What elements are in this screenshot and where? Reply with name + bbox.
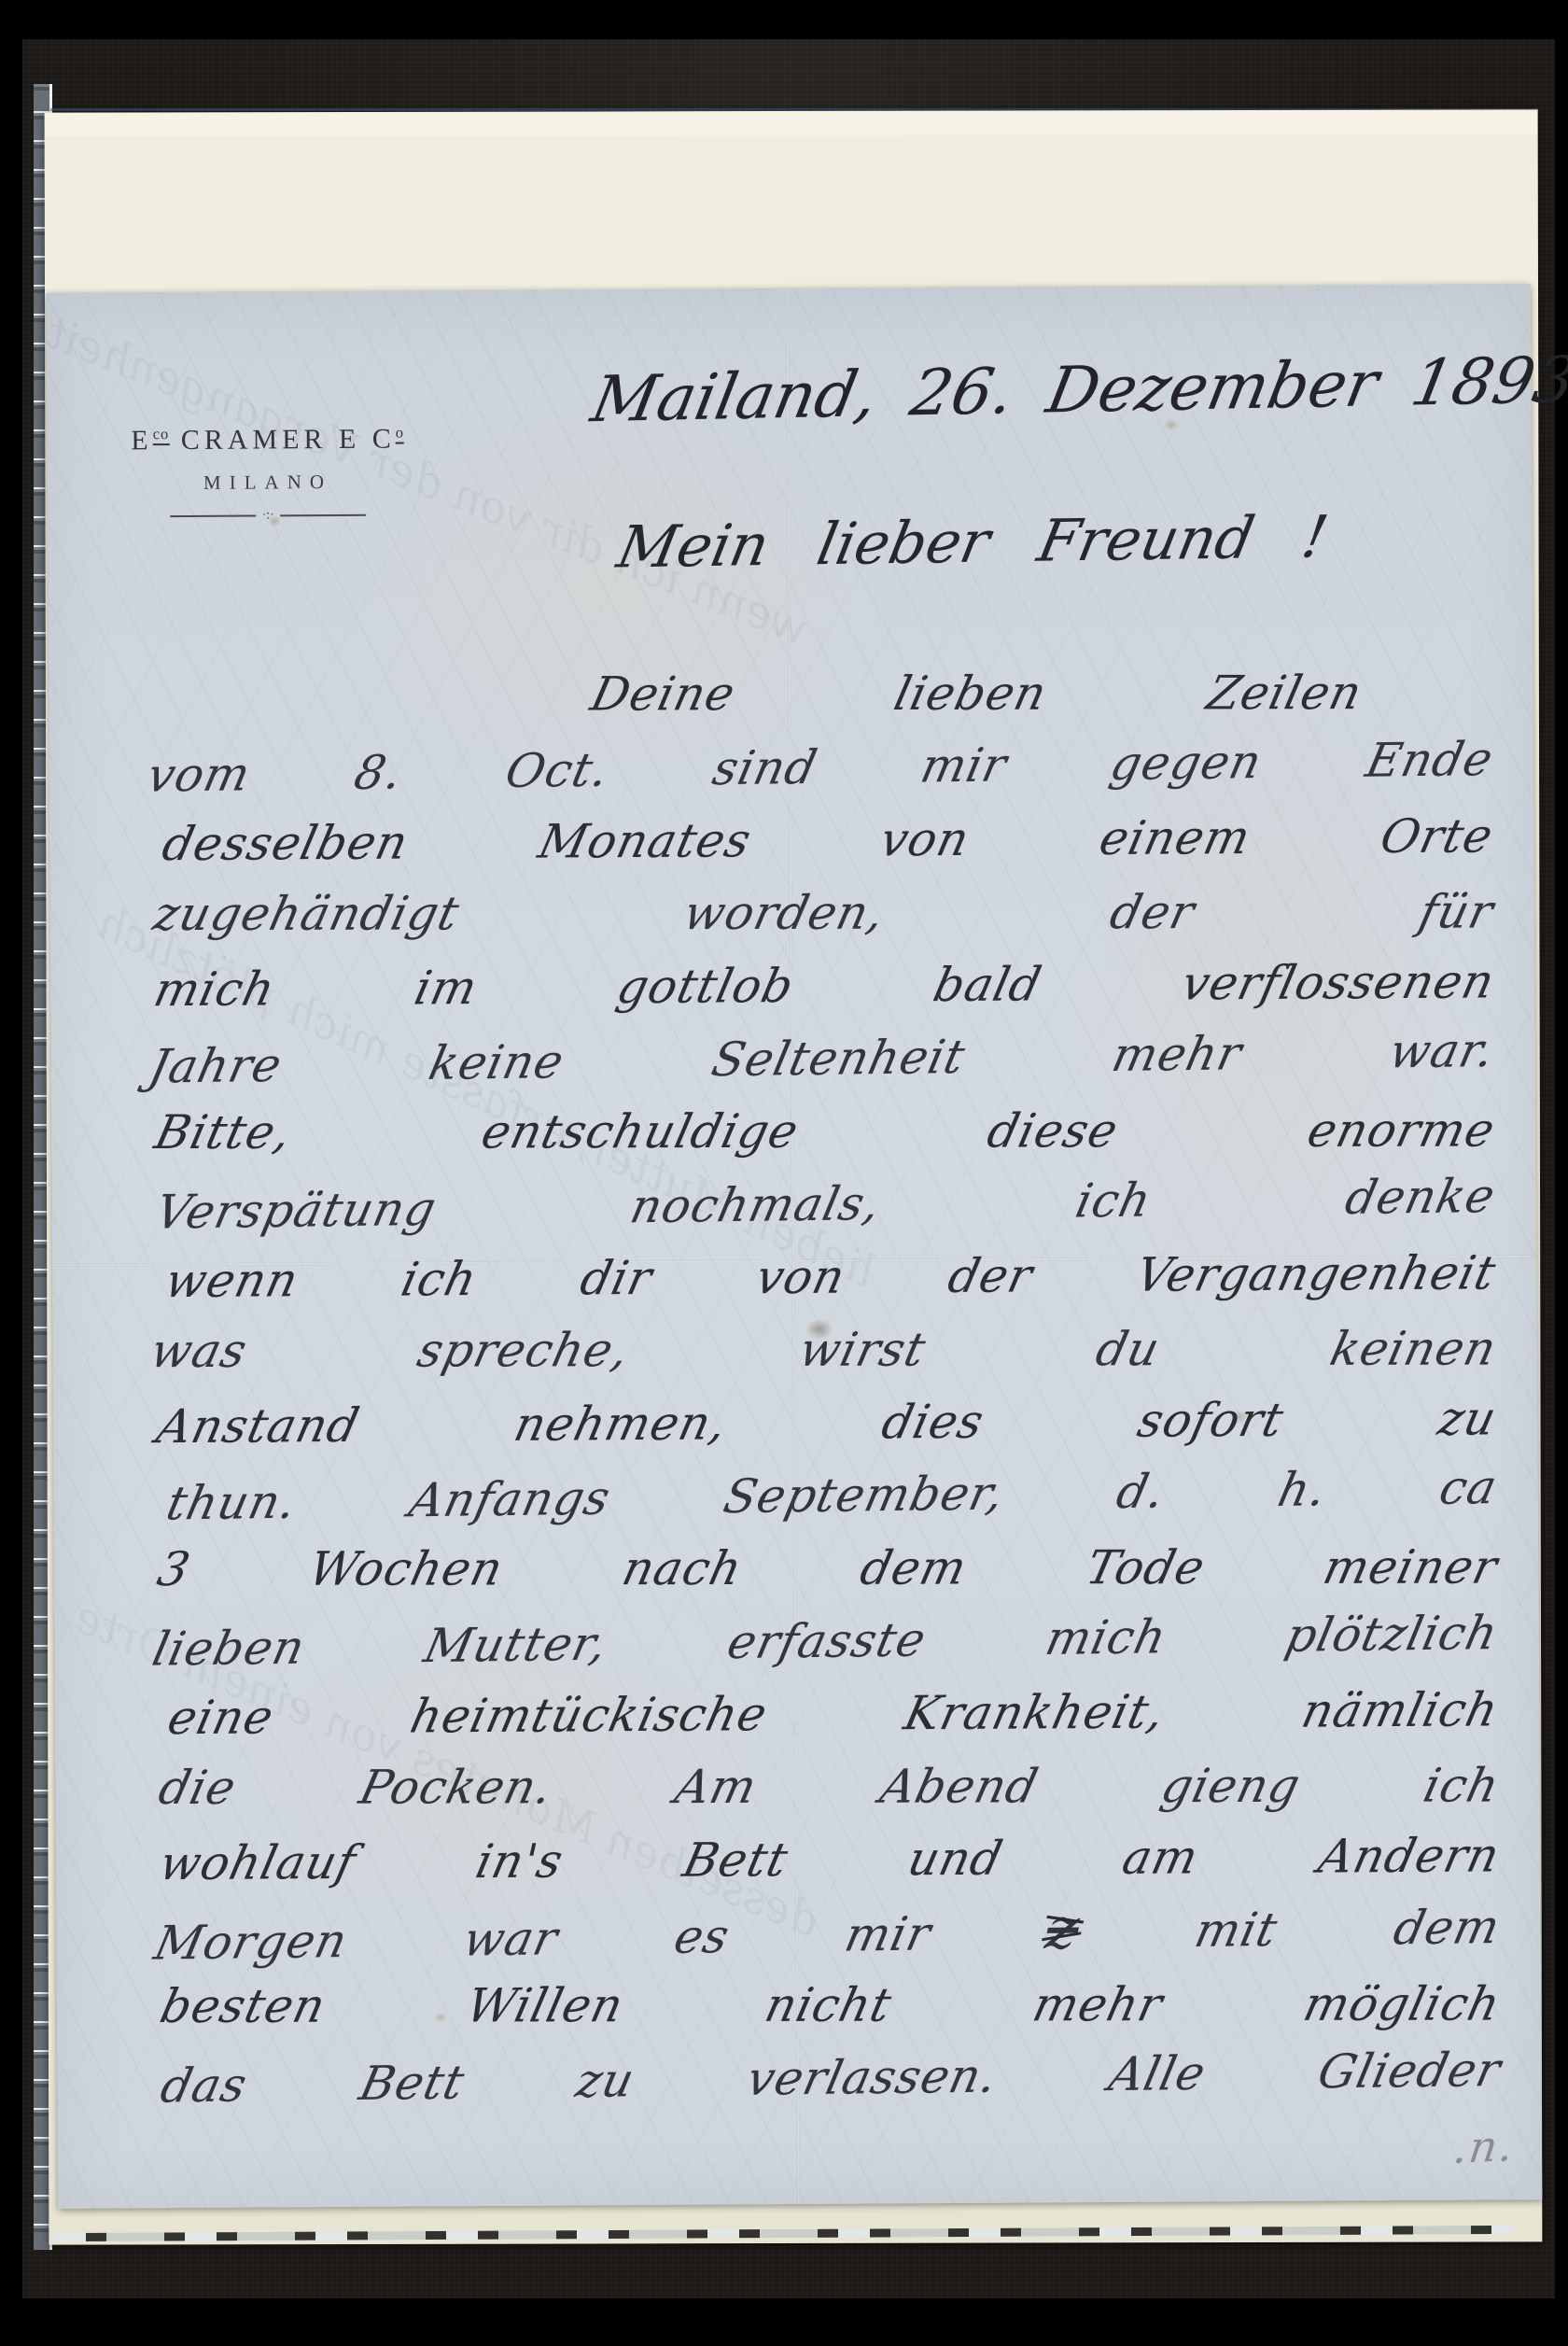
handwritten-word: Vergangenheit xyxy=(1129,1236,1504,1311)
handwritten-word: erfasste xyxy=(721,1603,933,1679)
handwritten-word: thun. xyxy=(160,1466,304,1540)
handwritten-word: war xyxy=(456,1902,566,1975)
letter-body-line: eineheimtückischeKrankheit,nämlich xyxy=(169,1673,1498,1754)
letterhead-rule: ·:· xyxy=(109,513,427,517)
handwritten-word: wenn xyxy=(158,1243,305,1317)
handwritten-word: Zeilen xyxy=(1199,656,1369,729)
handwritten-word: die xyxy=(152,1751,244,1824)
handwritten-word: dir xyxy=(574,1242,660,1315)
letter-body: DeineliebenZeilenvom8.Oct.sindmirgegenEn… xyxy=(153,653,1501,2118)
handwritten-word: nochmals, xyxy=(623,1167,888,1243)
handwritten-word: Jahre xyxy=(142,1029,289,1103)
handwritten-word: mehr xyxy=(1026,1968,1170,2041)
letter-body-line: 3WochennachdemTodemeiner xyxy=(159,1531,1497,1607)
letter-body-line: wohlaufin'sBettundamAndern xyxy=(161,1819,1499,1900)
handwritten-word: du xyxy=(1089,1313,1168,1385)
handwritten-word: der xyxy=(942,1239,1041,1313)
handwritten-word: mir xyxy=(914,728,1014,802)
handwritten-word: keine xyxy=(423,1025,572,1100)
handwritten-word: September, xyxy=(717,1456,1012,1533)
letter-paper: wenn ich dir von der Vergangenheit liebe… xyxy=(47,284,1543,2209)
handwritten-word: mich xyxy=(147,952,283,1026)
letter-body-line: desselbenMonatesvoneinemOrte xyxy=(163,799,1492,880)
handwritten-word: mir xyxy=(838,1897,938,1971)
handwritten-word: Wochen xyxy=(301,1532,511,1605)
handwritten-word: der xyxy=(1103,876,1202,948)
handwritten-word: Abend xyxy=(874,1749,1046,1822)
handwritten-word: h. xyxy=(1271,1453,1334,1526)
handwritten-word: heimtückische xyxy=(403,1678,775,1752)
photo-of-letter: wenn ich dir von der Vergangenheit liebe… xyxy=(0,0,1568,2346)
handwritten-word: Monates xyxy=(531,804,758,878)
letter-body-line: Bitte,entschuldigedieseenorme xyxy=(156,1094,1494,1170)
handwritten-word: 8. xyxy=(347,736,410,809)
rule-bar xyxy=(280,514,366,517)
letter-body-line: zugehändigtworden,derfür xyxy=(155,876,1493,951)
handwritten-word: diese xyxy=(981,1094,1127,1167)
letter-body-line: DeineliebenZeilen xyxy=(592,656,1361,730)
handwritten-word: Ende xyxy=(1359,723,1500,797)
letter-body-line: Anstandnehmen,diessofortzu xyxy=(158,1382,1496,1463)
letter-body-line: Verspätungnochmals,ichdenke xyxy=(156,1159,1495,1249)
letter-body-line: wennichdirvonderVergangenheit xyxy=(166,1236,1495,1317)
handwritten-word: lieben xyxy=(888,657,1055,730)
handwritten-word: Willen xyxy=(459,1969,631,2042)
handwritten-word: von xyxy=(874,803,977,877)
handwritten-word: nämlich xyxy=(1295,1673,1506,1747)
handwritten-word: 3 xyxy=(150,1533,198,1606)
handwritten-word: dem xyxy=(853,1532,974,1605)
letter-body-line: diePocken.AmAbendgiengich xyxy=(160,1749,1498,1825)
handwritten-word: Pocken. xyxy=(352,1750,560,1823)
handwritten-word: mehr xyxy=(1105,1017,1249,1091)
handwritten-word: denke xyxy=(1338,1159,1503,1234)
handwritten-word: wohlauf xyxy=(152,1826,363,1900)
handwritten-word: meiner xyxy=(1316,1531,1505,1604)
handwritten-word: was xyxy=(144,1314,255,1387)
letter-body-line: Morgenwaresmirzmitdem xyxy=(155,1888,1500,1977)
handwritten-word: ich xyxy=(1416,1749,1506,1822)
handwritten-word: Andern xyxy=(1311,1819,1507,1892)
handwritten-word: besten xyxy=(153,1970,333,2043)
handwritten-word: Oct. xyxy=(499,733,617,808)
handwritten-word: enorme xyxy=(1300,1094,1503,1167)
handwritten-word: desselben xyxy=(156,806,416,880)
letterhead-company: Eco CRAMER E Co xyxy=(109,423,427,457)
handwritten-word: Morgen xyxy=(147,1904,355,1980)
handwritten-word: mit xyxy=(1188,1893,1285,1967)
handwritten-word: Mutter, xyxy=(417,1608,615,1683)
letterhead-city: MILANO xyxy=(109,470,427,495)
handwritten-word: ca xyxy=(1433,1451,1505,1524)
handwritten-word: im xyxy=(408,951,485,1025)
handwritten-word: Verspätung xyxy=(148,1173,443,1249)
handwritten-word: vom xyxy=(140,738,258,812)
handwritten-word: zu xyxy=(1432,1382,1505,1454)
handwritten-word: ich xyxy=(1069,1163,1158,1237)
letter-body-line: dasBettzuverlassen.AlleGlieder xyxy=(161,2033,1501,2123)
letter-body-line: wasspreche,wirstdukeinen xyxy=(152,1313,1496,1388)
handwritten-word: entschuldige xyxy=(474,1095,805,1169)
handwritten-word: lieben xyxy=(146,1611,312,1686)
letterhead-superscript: co xyxy=(153,425,170,445)
letter-body-line: thun.AnfangsSeptember,d.h.ca xyxy=(167,1451,1497,1539)
letter-body-line: vom8.Oct.sindmirgegenEnde xyxy=(147,723,1492,812)
handwritten-word: Anfangs xyxy=(403,1462,619,1538)
handwritten-word: spreche, xyxy=(411,1313,637,1386)
handwritten-word: Deine xyxy=(583,657,742,730)
handwritten-word: worden, xyxy=(677,877,892,949)
handwritten-word: zu xyxy=(569,2044,642,2117)
handwritten-word: gottlob xyxy=(610,949,802,1023)
handwritten-word: eine xyxy=(161,1680,281,1754)
handwritten-word: von xyxy=(749,1241,852,1314)
handwritten-word: Tode xyxy=(1079,1531,1212,1604)
handwritten-word: Am xyxy=(668,1750,764,1823)
handwritten-word: es xyxy=(667,1900,736,1974)
handwritten-word: Orte xyxy=(1374,799,1501,873)
handwritten-word: am xyxy=(1115,1820,1206,1894)
letter-body-line: JahrekeineSeltenheitmehrwar. xyxy=(149,1014,1494,1103)
handwritten-word: dies xyxy=(875,1385,991,1459)
handwritten-word: Anstand xyxy=(149,1389,367,1463)
handwritten-word: ich xyxy=(395,1243,485,1316)
handwritten-word: nach xyxy=(615,1532,749,1605)
handwritten-word: dem xyxy=(1387,1890,1507,1965)
handwritten-word: gieng xyxy=(1155,1749,1309,1822)
handwritten-word: bald xyxy=(927,948,1049,1021)
letter-body-line: michimgottlobbaldverflossenen xyxy=(155,945,1493,1026)
handwritten-word: zugehändigt xyxy=(147,877,467,950)
letterhead-superscript: o xyxy=(396,424,404,444)
handwritten-word: verflossenen xyxy=(1174,945,1502,1019)
handwritten-word: gegen xyxy=(1104,725,1269,800)
handwritten-word: keinen xyxy=(1323,1313,1505,1385)
handwritten-word: wirst xyxy=(792,1313,933,1386)
handwritten-word: mich xyxy=(1039,1600,1174,1675)
handwritten-word: in's xyxy=(469,1824,570,1898)
handwritten-word: Bett xyxy=(676,1823,795,1897)
letter-body-line: bestenWillennichtmehrmöglich xyxy=(161,1968,1500,2044)
handwritten-word: Bitte, xyxy=(147,1096,299,1169)
handwritten-word: verlassen. xyxy=(740,2040,1005,2115)
handwritten-word: möglich xyxy=(1296,1968,1508,2041)
pencil-annotation: .n. xyxy=(1451,2124,1518,2170)
letterhead: Eco CRAMER E Co MILANO ·:· xyxy=(109,423,427,517)
handwritten-word: Bett xyxy=(352,2045,471,2120)
handwritten-word: nicht xyxy=(758,1969,899,2042)
handwritten-word: und xyxy=(902,1822,1011,1896)
salutation-line: Mein lieber Freund ! xyxy=(613,508,1333,576)
handwritten-word: sofort xyxy=(1131,1384,1292,1457)
handwritten-word: d. xyxy=(1111,1454,1173,1528)
letter-body-line: liebenMutter,erfasstemichplötzlich xyxy=(153,1596,1498,1686)
struck-out-word: z xyxy=(1040,1892,1086,1966)
date-line: Mailand, 26. Dezember 1893 xyxy=(586,350,1525,432)
handwritten-word: plötzlich xyxy=(1279,1596,1505,1672)
handwritten-word: einem xyxy=(1093,801,1258,875)
rule-bar xyxy=(171,515,257,518)
handwritten-word: war. xyxy=(1382,1014,1502,1089)
handwritten-word: Seltenheit xyxy=(705,1020,973,1097)
handwritten-word: Glieder xyxy=(1311,2033,1508,2109)
handwritten-word: Krankheit, xyxy=(898,1676,1173,1750)
handwritten-word: sind xyxy=(707,731,825,806)
handwritten-word: Alle xyxy=(1102,2037,1213,2111)
handwritten-word: nehmen, xyxy=(507,1386,735,1460)
handwritten-word: für xyxy=(1412,876,1501,948)
handwritten-word: das xyxy=(154,2048,255,2122)
